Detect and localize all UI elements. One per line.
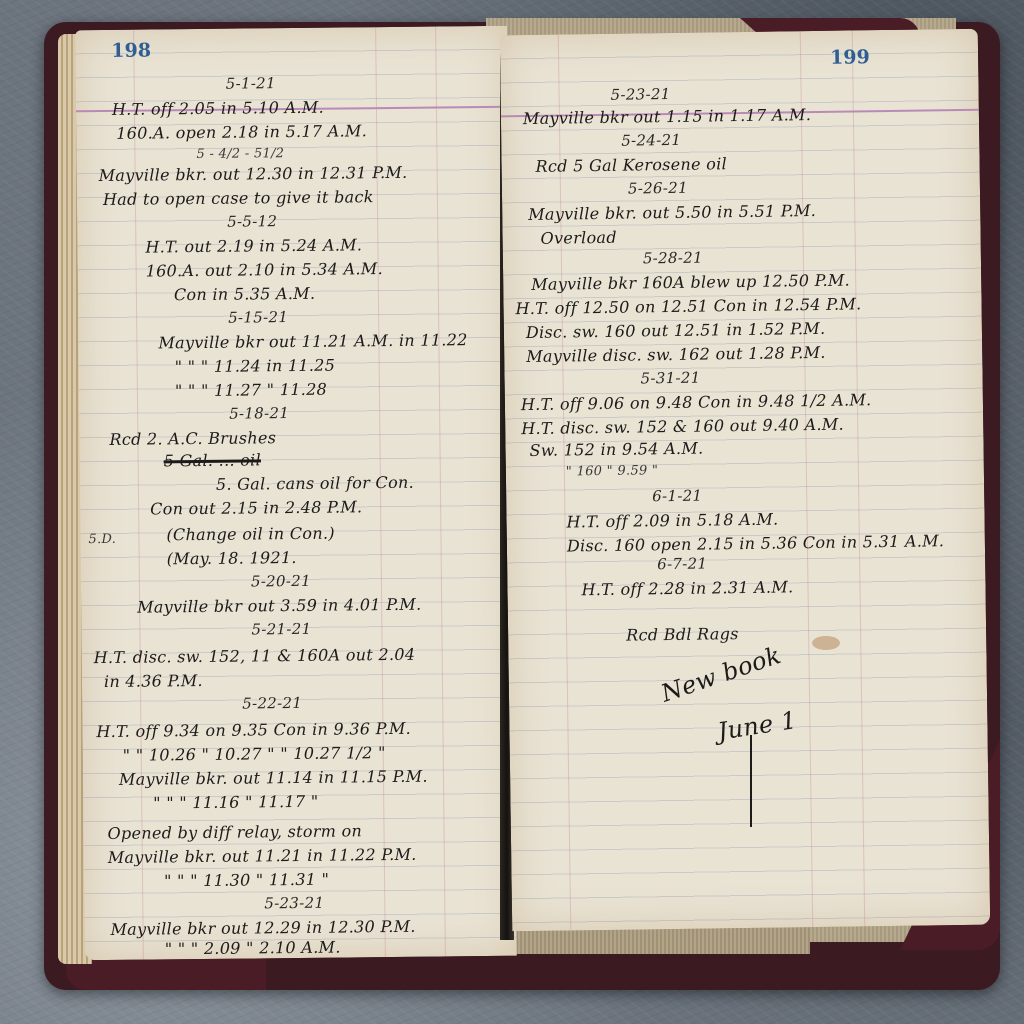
left-page: 198 5-1-21 H.T. off 2.05 in 5.10 A.M. 16… [75, 26, 517, 960]
log-entry: H.T. off 2.09 in 5.18 A.M. [566, 510, 778, 532]
log-entry: Con in 5.35 A.M. [174, 284, 316, 304]
log-entry: Rcd 5 Gal Kerosene oil [535, 154, 727, 176]
log-entry: (May. 18. 1921. [167, 548, 297, 568]
date-line: 5-20-21 [251, 572, 311, 591]
date-line: 5-26-21 [628, 179, 688, 198]
date-line: 5-15-21 [228, 308, 288, 327]
pen-stroke [750, 735, 752, 827]
log-entry: H.T. disc. sw. 152, 11 & 160A out 2.04 [94, 645, 416, 667]
page-number: 198 [111, 39, 151, 61]
log-entry: Mayville bkr out 3.59 in 4.01 P.M. [137, 595, 421, 617]
log-entry: H.T. disc. sw. 152 & 160 out 9.40 A.M. [521, 415, 844, 439]
log-entry: Mayville bkr. out 12.30 in 12.31 P.M. [99, 163, 408, 185]
log-entry: " 160 " 9.59 " [566, 463, 659, 479]
log-entry: Disc. 160 open 2.15 in 5.36 Con in 5.31 … [567, 531, 945, 555]
log-entry: " " " 2.09 " 2.10 A.M. [165, 938, 341, 959]
log-entry: " " 10.26 " 10.27 " " 10.27 1/2 " [123, 743, 386, 765]
date-line: 5-24-21 [621, 131, 681, 150]
log-entry: Mayville bkr out 1.15 in 1.17 A.M. [523, 105, 812, 128]
margin-note: 5.D. [88, 532, 116, 547]
date-line: 5-31-21 [640, 369, 700, 388]
date-line: 5-22-21 [242, 694, 302, 713]
log-entry: " " " 11.24 in 11.25 [175, 356, 336, 377]
date-line: 5-21-21 [251, 620, 311, 639]
log-entry: Mayville bkr. out 5.50 in 5.51 P.M. [528, 201, 816, 224]
log-entry: H.T. off 9.06 on 9.48 Con in 9.48 1/2 A.… [521, 390, 872, 414]
date-line: 5-28-21 [643, 249, 703, 268]
log-entry: H.T. out 2.19 in 5.24 A.M. [145, 235, 362, 256]
log-entry: " " " 11.30 " 11.31 " [164, 870, 329, 891]
date-line: 5-1-21 [226, 74, 276, 93]
log-entry: Mayville bkr out 12.29 in 12.30 P.M. [110, 917, 415, 939]
june-note: June 1 [716, 706, 799, 746]
log-entry: Sw. 152 in 9.54 A.M. [529, 439, 703, 460]
log-entry: Rcd Bdl Rags [626, 624, 739, 645]
log-entry: 5 - 4/2 - 51/2 [196, 146, 284, 162]
log-entry: H.T. off 12.50 on 12.51 Con in 12.54 P.M… [515, 294, 861, 318]
log-entry: " " " 11.16 " 11.17 " [153, 792, 318, 813]
date-line: 5-18-21 [229, 404, 289, 423]
column-rule [800, 31, 814, 927]
struck-entry: 5 Gal. ... oil [164, 450, 261, 470]
column-rule [435, 27, 446, 957]
log-entry: H.T. off 2.28 in 2.31 A.M. [581, 577, 793, 599]
log-entry: Overload [540, 228, 616, 248]
log-entry: Disc. sw. 160 out 12.51 in 1.52 P.M. [526, 319, 826, 342]
date-line: 5-23-21 [264, 894, 324, 913]
log-entry: 160.A. open 2.18 in 5.17 A.M. [116, 121, 367, 143]
log-entry: Mayville bkr out 11.21 A.M. in 11.22 [158, 330, 467, 352]
log-entry: H.T. off 9.34 on 9.35 Con in 9.36 P.M. [96, 719, 411, 741]
log-entry: Had to open case to give it back [103, 187, 374, 209]
date-line: 5-5-12 [227, 212, 277, 231]
column-rule [852, 30, 866, 926]
paper-stain [812, 636, 840, 650]
right-page: 199 5-23-21 Mayville bkr out 1.15 in 1.1… [500, 29, 990, 932]
log-entry: H.T. off 2.05 in 5.10 A.M. [112, 98, 324, 119]
log-entry: " " " 11.27 " 11.28 [175, 380, 327, 401]
log-entry: Mayville bkr. out 11.14 in 11.15 P.M. [119, 767, 428, 789]
page-number: 199 [830, 46, 870, 69]
date-line: 6-1-21 [652, 487, 702, 506]
log-entry: Mayville disc. sw. 162 out 1.28 P.M. [526, 343, 826, 366]
date-line: 6-7-21 [657, 555, 707, 574]
date-line: 5-23-21 [610, 85, 670, 104]
log-entry: in 4.36 P.M. [104, 671, 203, 691]
log-entry: Rcd 2. A.C. Brushes [109, 428, 276, 449]
log-entry: (Change oil in Con.) [166, 524, 335, 545]
log-entry: Mayville bkr. out 11.21 in 11.22 P.M. [108, 845, 417, 867]
log-entry: Con out 2.15 in 2.48 P.M. [150, 497, 362, 518]
log-entry: Opened by diff relay, storm on [107, 821, 362, 843]
new-book-note: New book [658, 641, 785, 708]
log-entry: Mayville bkr 160A blew up 12.50 P.M. [531, 271, 850, 294]
log-entry: 5. Gal. cans oil for Con. [216, 473, 414, 494]
log-entry: 160.A. out 2.10 in 5.34 A.M. [146, 259, 383, 280]
